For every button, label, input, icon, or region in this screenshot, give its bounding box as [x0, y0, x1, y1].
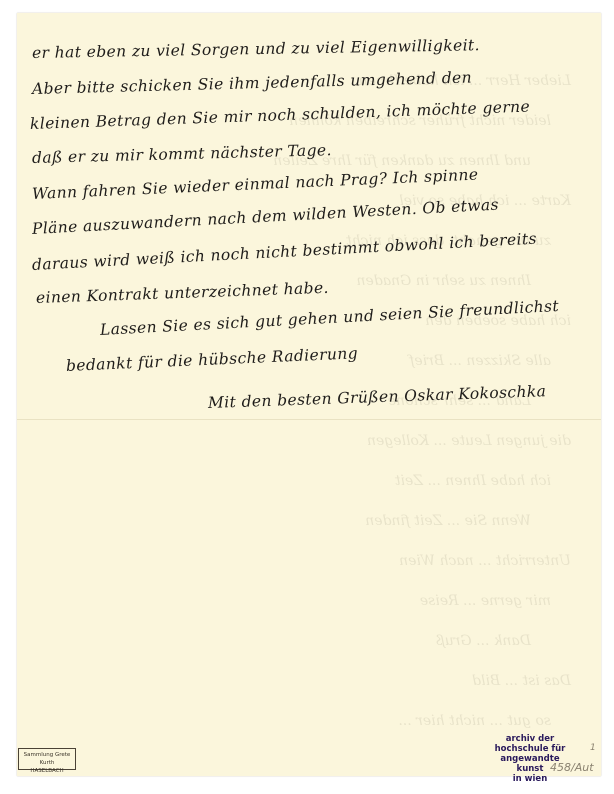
page-number: 1	[590, 743, 596, 753]
collection-stamp: Sammlung Grete Kurth HASELBACH	[18, 748, 76, 770]
bleed-through-line: mir gerne ... Reise	[420, 593, 551, 609]
bleed-through-line: Das ist ... Bild	[472, 673, 571, 689]
bleed-through-line: ich habe Ihnen ... Zeit	[395, 473, 551, 489]
letter-page: Lieber Herr ... ich habe Ihnenleider nic…	[17, 13, 601, 776]
bleed-through-line: Wenn Sie ... Zeit finden	[365, 513, 531, 529]
archive-stamp-line1: archiv der	[490, 734, 570, 744]
collection-stamp-line2: HASELBACH	[19, 767, 75, 775]
bleed-through-line: so gut ... nicht hier ...	[398, 713, 551, 729]
bleed-through-line: Unterricht ... nach Wien	[399, 553, 571, 569]
archive-stamp-line4: in wien	[490, 774, 570, 784]
collection-stamp-line1: Sammlung Grete Kurth	[19, 751, 75, 767]
bleed-through-line: Dank ... Gruß	[435, 633, 531, 649]
archive-stamp-line2: hochschule für	[490, 744, 570, 754]
bleed-through-line: Ihnen zu sehr in Gnaden	[356, 273, 531, 289]
bleed-through-line: die jungen Leute ... Kollegen	[367, 433, 571, 449]
bleed-through-line: alle Skizzen ... Brief	[409, 353, 551, 369]
shelfmark: 458/Aut	[550, 761, 594, 774]
archive-stamp: archiv der hochschule für angewandte kun…	[490, 734, 570, 784]
